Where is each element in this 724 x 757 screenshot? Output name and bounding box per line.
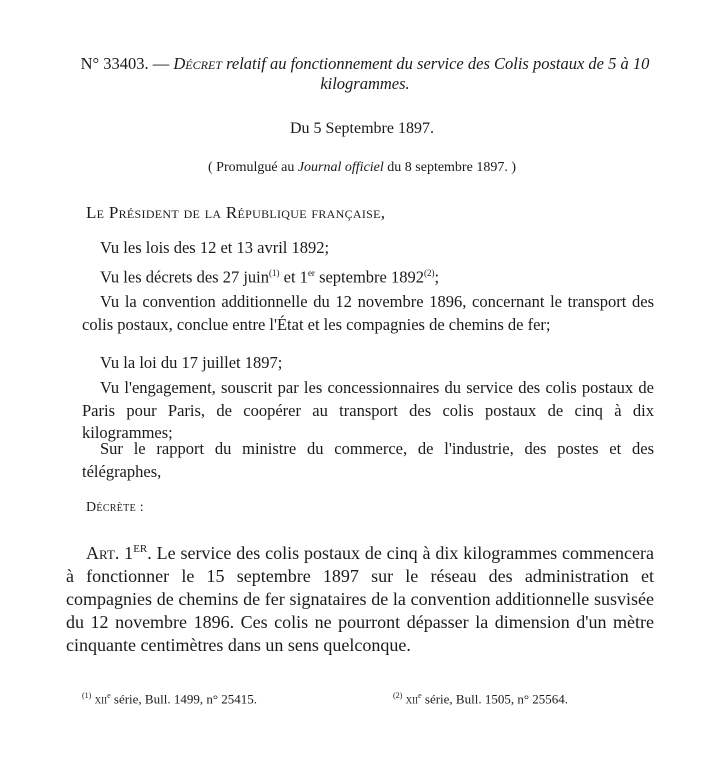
decrets-text-3: septembre 1892 (315, 268, 424, 287)
footnote-2-series: xii (406, 691, 419, 706)
footnote-1: (1) xiie série, Bull. 1499, n° 25415. (82, 691, 257, 707)
footnote-1-text: série, Bull. 1499, n° 25415. (111, 691, 257, 706)
footnote-2-ref: (2) (393, 691, 402, 700)
president-heading: Le Président de la République française, (86, 203, 385, 223)
consideration-1: Vu les lois des 12 et 13 avril 1892; (82, 237, 654, 260)
decree-number: N° 33403. (81, 54, 149, 73)
decrete-heading: Décrète : (86, 500, 144, 516)
decrets-text-4: ; (435, 268, 440, 287)
document-page: N° 33403. — Décret relatif au fonctionne… (0, 0, 724, 757)
consideration-4: Vu la loi du 17 juillet 1897; (82, 352, 654, 375)
decrets-text: Vu les décrets des 27 juin (100, 268, 269, 287)
article-1: Art. 1er. Le service des colis postaux d… (66, 537, 654, 657)
decree-title: N° 33403. — Décret relatif au fonctionne… (70, 54, 660, 94)
footnote-2-text: série, Bull. 1505, n° 25564. (422, 691, 568, 706)
footnote-1-series: xii (95, 691, 108, 706)
article-label: Art. 1er. (86, 543, 157, 563)
promulgation-prefix: ( Promulgué au (208, 160, 298, 175)
consideration-2: Vu les décrets des 27 juin(1) et 1er sep… (82, 262, 654, 289)
decree-kind: Décret (173, 54, 222, 73)
article-label-text: Art. 1 (86, 543, 133, 563)
journal-officiel: Journal officiel (298, 160, 384, 175)
footnote-2: (2) xiie série, Bull. 1505, n° 25564. (393, 691, 568, 707)
promulgation-note: ( Promulgué au Journal officiel du 8 sep… (0, 160, 724, 176)
footnote-ref-2[interactable]: (2) (424, 268, 435, 278)
footnote-ref-1[interactable]: (1) (269, 268, 280, 278)
ordinal-sup: er (308, 268, 315, 278)
decree-date: Du 5 Septembre 1897. (0, 120, 724, 138)
promulgation-suffix: du 8 septembre 1897. ) (384, 160, 516, 175)
article-label-sup: er (133, 540, 147, 556)
decrets-text-2: et 1 (280, 268, 308, 287)
article-label-end: . (147, 543, 156, 563)
footnote-1-ref: (1) (82, 691, 91, 700)
consideration-5: Vu l'engagement, souscrit par les conces… (82, 377, 654, 445)
decree-subject: relatif au fonctionnement du service des… (222, 54, 649, 93)
consideration-3: Vu la convention additionnelle du 12 nov… (82, 291, 654, 336)
title-dash: — (149, 54, 174, 73)
consideration-6: Sur le rapport du ministre du commerce, … (82, 438, 654, 483)
